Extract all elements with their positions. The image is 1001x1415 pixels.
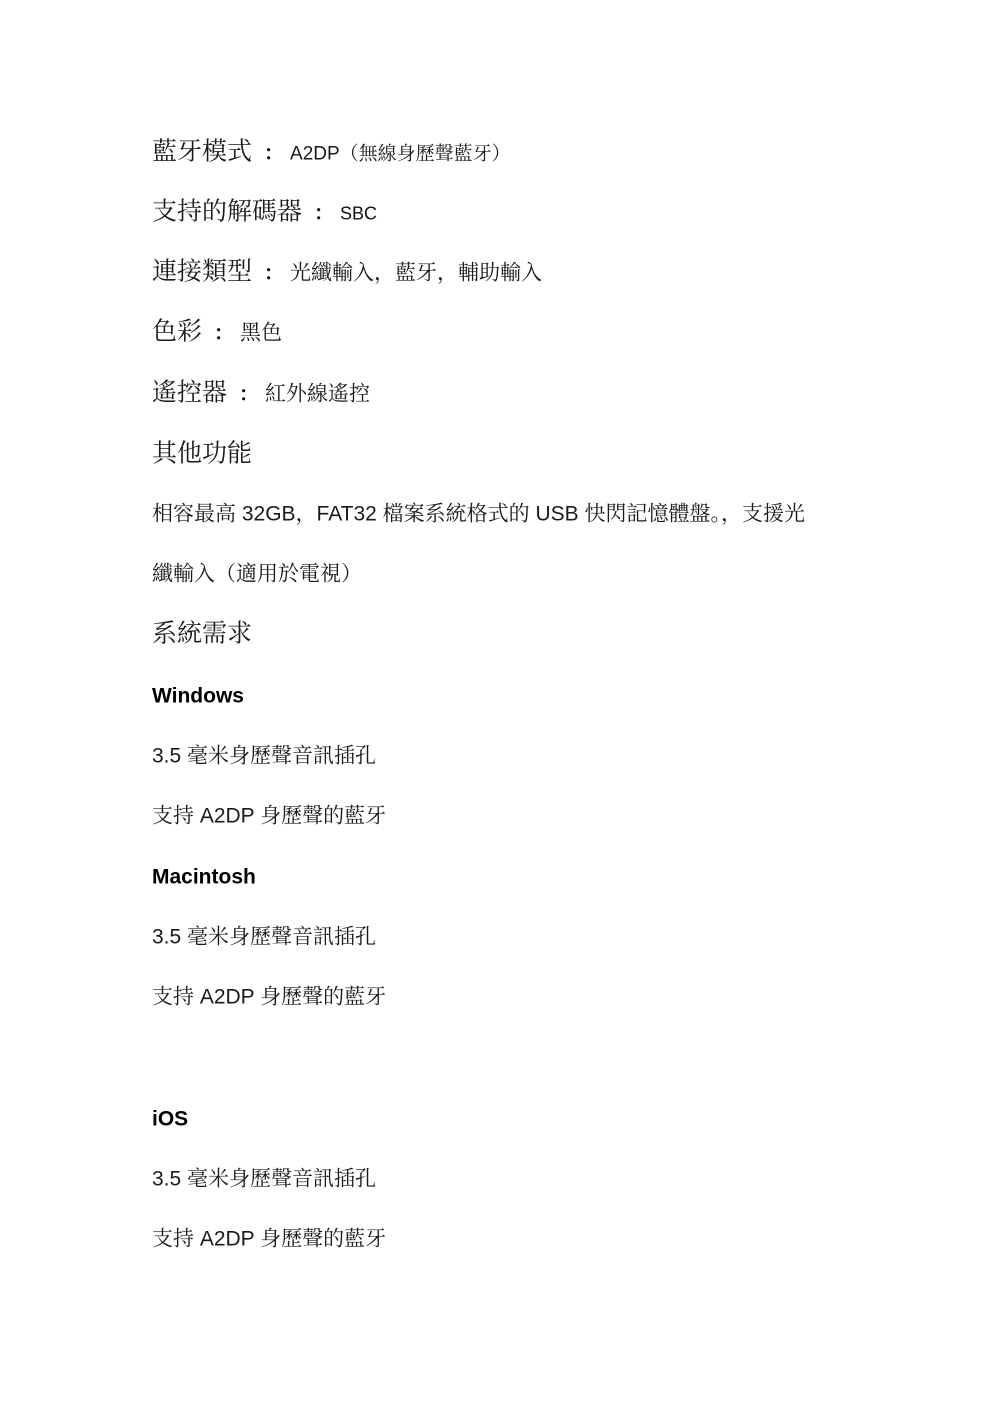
spec-row-color: 色彩：黑色: [152, 320, 282, 345]
other-features-text-line2: 纖輸入（適用於電視）: [152, 564, 362, 585]
spec-label: 遙控器: [152, 379, 227, 407]
platform-heading-ios: iOS: [152, 1109, 188, 1130]
requirement-item: 支持 A2DP 身歷聲的藍牙: [152, 987, 386, 1008]
platform-heading-windows: Windows: [152, 686, 244, 707]
requirement-item: 支持 A2DP 身歷聲的藍牙: [152, 806, 386, 827]
requirement-item: 3.5 毫米身歷聲音訊插孔: [152, 746, 376, 767]
spec-label: 藍牙模式: [152, 138, 252, 166]
spec-label: 支持的解碼器: [152, 198, 302, 226]
platform-heading-macintosh: Macintosh: [152, 867, 256, 888]
spec-row-connection-type: 連接類型：光纖輸入，藍牙，輔助輸入: [152, 260, 542, 285]
requirement-item: 3.5 毫米身歷聲音訊插孔: [152, 1169, 376, 1190]
spec-value: 紅外線遙控: [265, 383, 370, 406]
spec-value: 黑色: [240, 322, 282, 345]
system-requirements-heading: 系統需求: [152, 622, 252, 647]
spec-separator: ：: [314, 203, 334, 225]
other-features-text-line1: 相容最高 32GB，FAT32 檔案系統格式的 USB 快閃記憶體盤。，支援光: [152, 504, 805, 525]
spec-value: SBC: [340, 204, 377, 224]
requirement-item: 3.5 毫米身歷聲音訊插孔: [152, 927, 376, 948]
spec-row-codec: 支持的解碼器：SBC: [152, 200, 377, 225]
spec-value: A2DP（無線身歷聲藍牙）: [290, 144, 511, 165]
other-features-heading: 其他功能: [152, 442, 252, 467]
spec-row-remote: 遙控器：紅外線遙控: [152, 381, 370, 406]
spec-separator: ：: [264, 143, 284, 165]
spec-separator: ：: [214, 323, 234, 345]
spec-separator: ：: [264, 263, 284, 285]
spec-row-bluetooth-mode: 藍牙模式：A2DP（無線身歷聲藍牙）: [152, 140, 511, 165]
spec-separator: ：: [239, 384, 259, 406]
spec-label: 色彩: [152, 318, 202, 346]
spec-label: 連接類型: [152, 258, 252, 286]
spec-value: 光纖輸入，藍牙，輔助輸入: [290, 262, 542, 285]
requirement-item: 支持 A2DP 身歷聲的藍牙: [152, 1229, 386, 1250]
